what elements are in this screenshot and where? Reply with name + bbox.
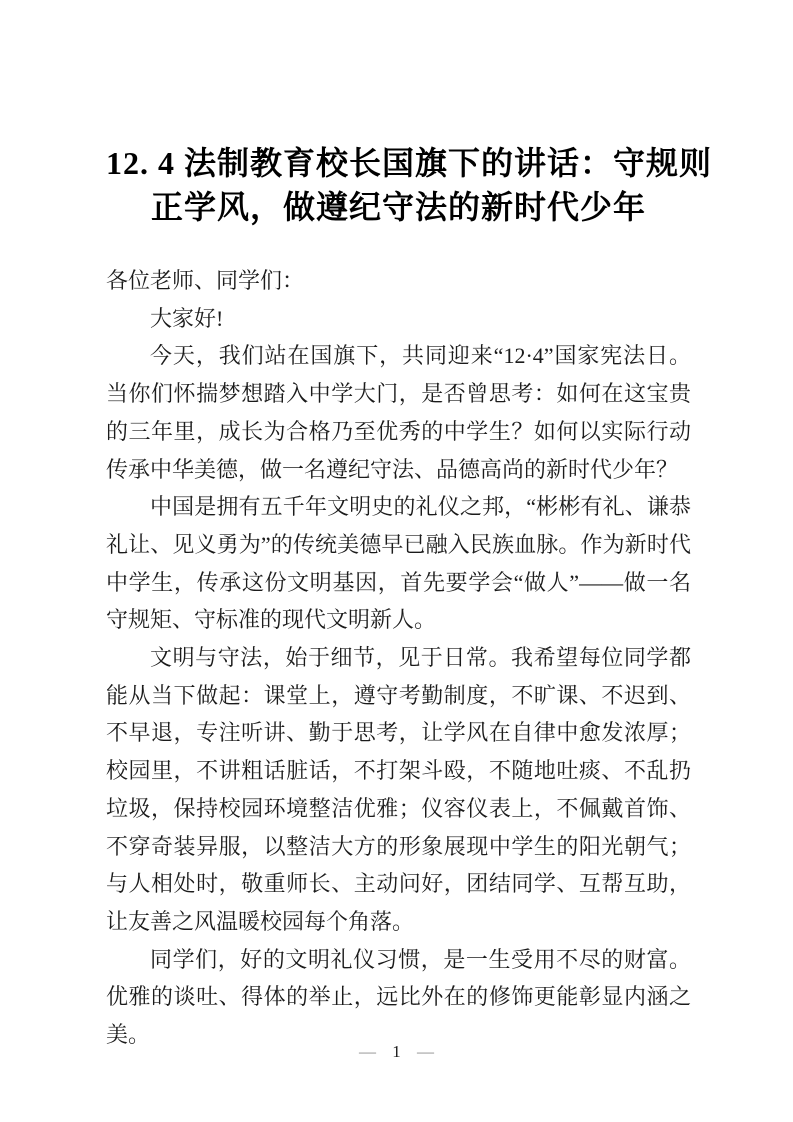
footer-dash-right: — [417,1042,434,1061]
paragraph-tradition: 中国是拥有五千年文明史的礼仪之邦，“彬彬有礼、谦恭礼让、见义勇为”的传统美德早已… [106,488,691,639]
page-footer: — 1 — [0,1042,793,1062]
paragraph-daily-conduct: 文明与守法，始于细节，见于日常。我希望每位同学都能从当下做起：课堂上，遵守考勤制… [106,639,691,941]
paragraph-closing: 同学们，好的文明礼仪习惯，是一生受用不尽的财富。优雅的谈吐、得体的举止，远比外在… [106,941,691,1054]
document-body: 各位老师、同学们： 大家好! 今天，我们站在国旗下，共同迎来“12·4”国家宪法… [106,262,691,1054]
title-line-2: 正学风，做遵纪守法的新时代少年 [106,185,691,229]
paragraph-intro: 今天，我们站在国旗下，共同迎来“12·4”国家宪法日。当你们怀揣梦想踏入中学大门… [106,337,691,488]
document-page: 12. 4 法制教育校长国旗下的讲话：守规则 正学风，做遵纪守法的新时代少年 各… [0,0,793,1122]
title-line-1: 12. 4 法制教育校长国旗下的讲话：守规则 [106,141,691,185]
page-number: 1 [392,1042,401,1061]
paragraph-greeting: 大家好! [106,300,691,338]
paragraph-salutation: 各位老师、同学们： [106,262,691,300]
footer-dash-left: — [359,1042,376,1061]
document-title: 12. 4 法制教育校长国旗下的讲话：守规则 正学风，做遵纪守法的新时代少年 [106,141,691,229]
